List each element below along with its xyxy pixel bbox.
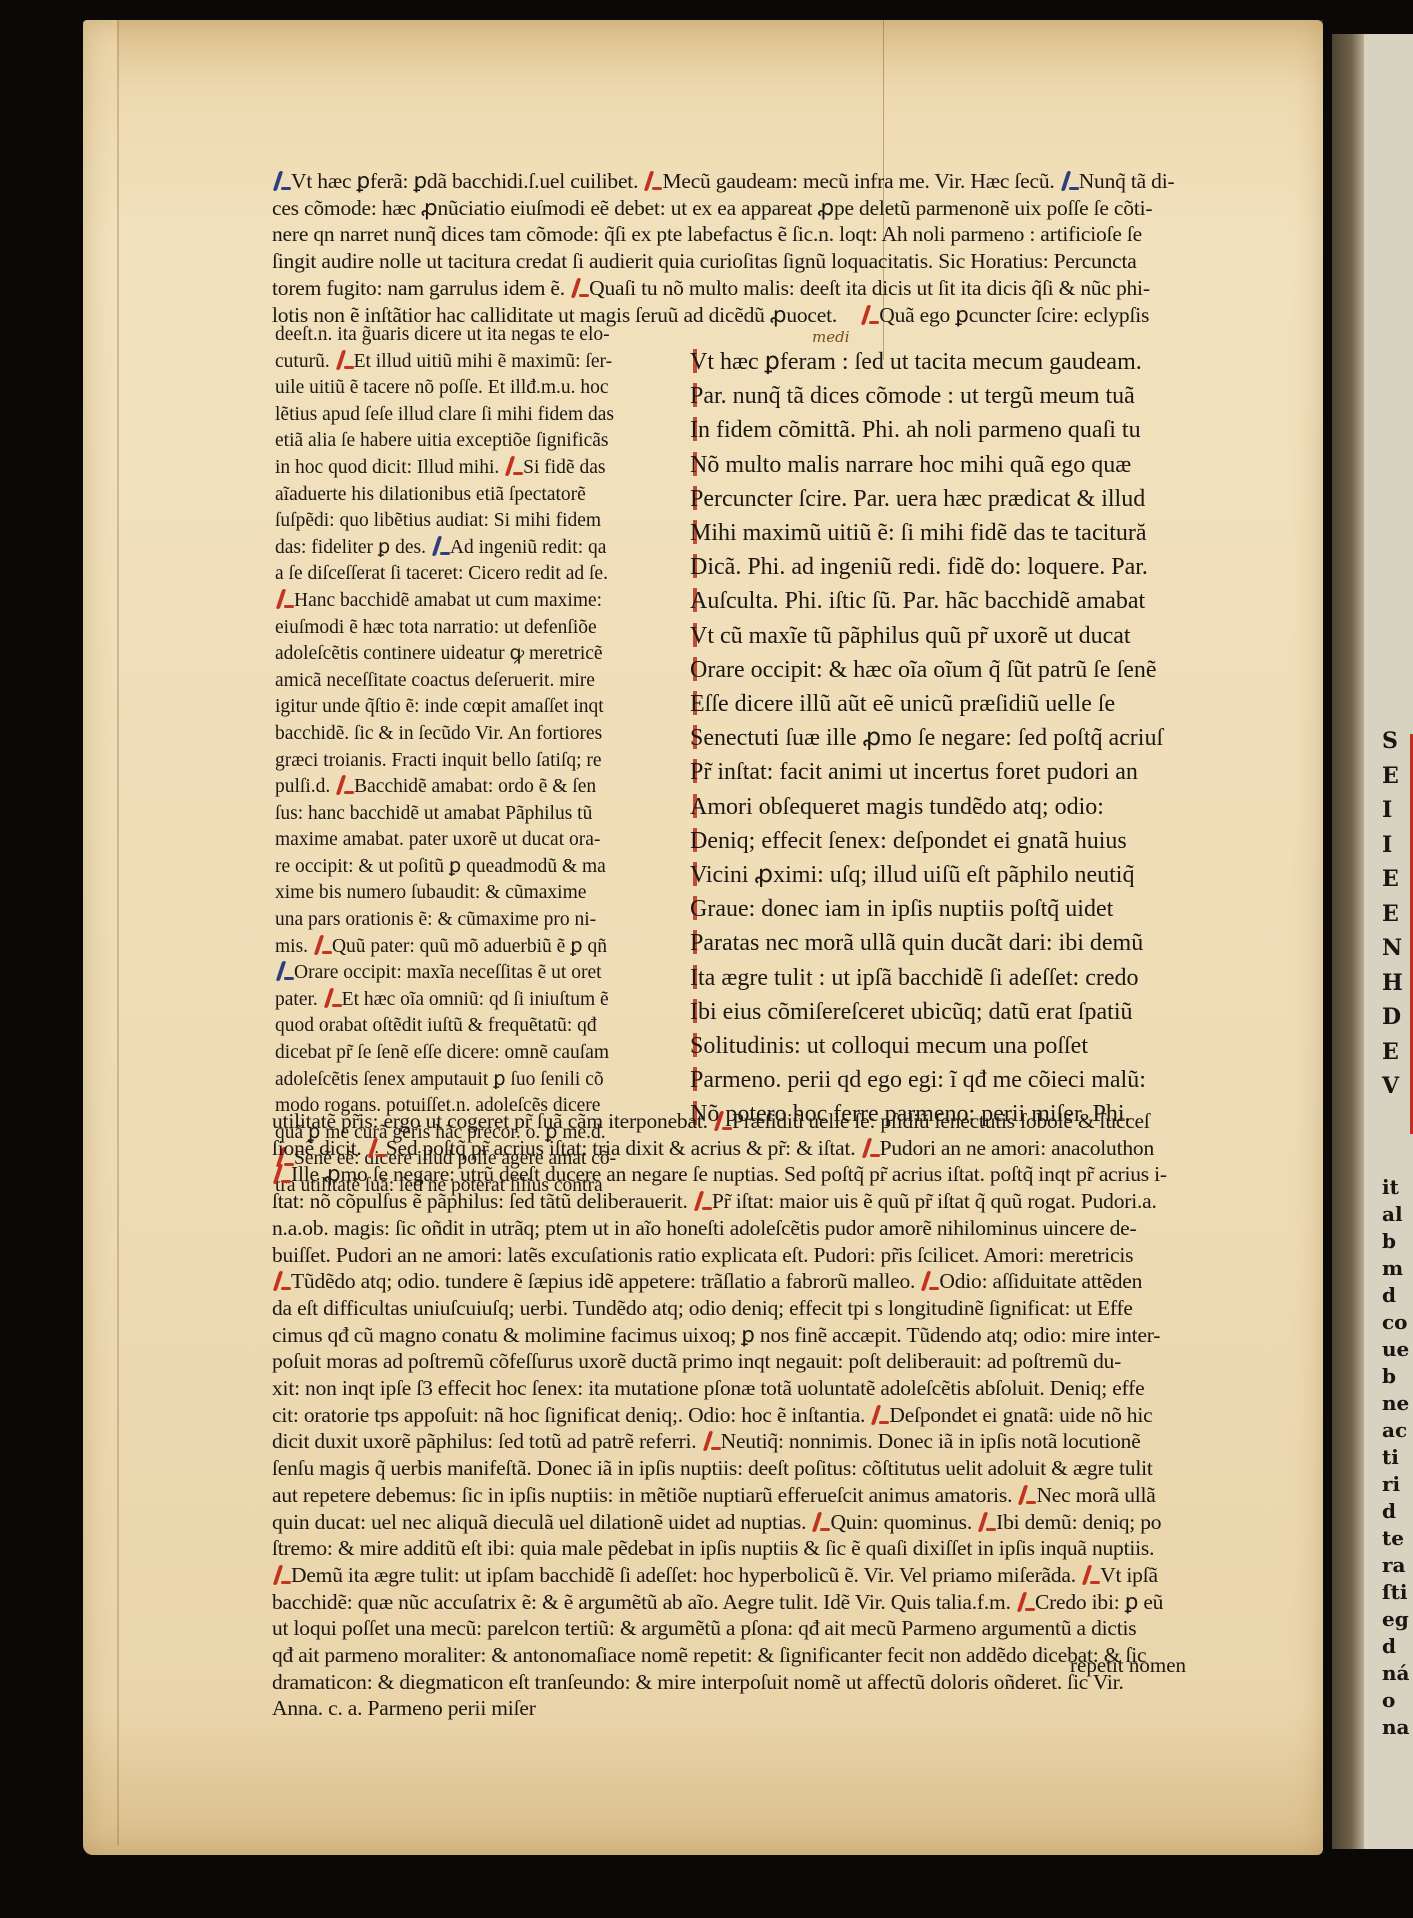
commentary-line: cuturũ. Et illud uitiũ mihi ẽ maximũ: ſe…: [275, 349, 667, 376]
verse-text: ihi maximũ uitiũ ẽ: ſi mihi fidẽ das te …: [711, 520, 1146, 546]
verse-text: raue: donec iam in ipſis nuptiis poſtq̃ …: [707, 896, 1113, 922]
verse-initial: N: [690, 452, 707, 478]
commentary-line: Orare occipit: maxĩa neceſſitas ẽ ut ore…: [275, 960, 667, 987]
commentary-line: torem fugito: nam garrulus idem ẽ. Quaſi…: [272, 275, 1222, 302]
paraph-mark-icon: [702, 1430, 720, 1452]
verse-line: Dicã. Phi. ad ingeniũ redi. fidẽ do: loq…: [690, 550, 1220, 584]
facing-initial: E: [1382, 862, 1403, 897]
facing-line-start: ne: [1382, 1390, 1410, 1417]
facing-line-start: co: [1382, 1309, 1410, 1336]
paraph-mark-icon: [860, 304, 878, 326]
facing-line-start: te: [1382, 1525, 1410, 1552]
verse-initial: V: [690, 623, 707, 649]
verse-text: armeno. perii qd ego egi: ĩ qđ me cõieci…: [703, 1067, 1146, 1093]
verse-text: uſculta. Phi. iſtic ſũ. Par. hãc bacchid…: [707, 588, 1145, 614]
verse-text: bi eius cõmiſereſceret ubicũq; datũ erat…: [698, 999, 1133, 1025]
commentary-line: Vt hæc ꝑferã: ꝑdã bacchidi.ſ.uel cuilibe…: [272, 168, 1222, 195]
paraph-mark-icon: [920, 1270, 938, 1292]
commentary-line: græci troianis. Fracti inquit bello ſati…: [275, 748, 667, 775]
verse-initial: I: [690, 417, 698, 443]
verse-initial: E: [690, 691, 705, 717]
commentary-line: utilitatẽ pr̃is: ergo ut cogeret pr̃ ſuã…: [272, 1108, 1222, 1135]
facing-line-start: d: [1382, 1633, 1410, 1660]
commentary-line: ſtremo: & mire additũ eſt ibi: quia male…: [272, 1535, 1222, 1562]
commentary-line: etiã alia ſe habere uitia exceptiõe ſign…: [275, 428, 667, 455]
facing-initial: D: [1382, 1000, 1403, 1035]
gloss-text: Quã ego ꝑcuncter ſcire: eclypſis: [879, 303, 1149, 327]
commentary-line: uile uitiũ ẽ tacere nõ poſſe. Et illđ.m.…: [275, 375, 667, 402]
commentary-bottom: utilitatẽ pr̃is: ergo ut cogeret pr̃ ſuã…: [272, 1108, 1222, 1722]
commentary-line: xime bis numero ſubaudit: & cũmaxime: [275, 880, 667, 907]
commentary-line: maxime amabat. pater uxorẽ ut ducat ora-: [275, 827, 667, 854]
commentary-line: aĩaduerte his dilationibus etiã ſpectato…: [275, 482, 667, 509]
paraph-mark-icon: [272, 1270, 290, 1292]
commentary-line: Ille ꝓmo ſe negare: utrũ deeſt ducere an…: [272, 1161, 1222, 1188]
commentary-line: Demũ ita ægre tulit: ut ipſam bacchidẽ ſ…: [272, 1562, 1222, 1589]
paraph-mark-icon: [367, 1137, 385, 1159]
verse-line: Vicini ꝓximi: uſq; illud uiſũ eſt pãphil…: [690, 858, 1220, 892]
verse-line: Eſſe dicere illũ aũt eẽ unicũ præſidiũ u…: [690, 687, 1220, 721]
verse-line: Par. nunq̃ tã dices cõmode : ut tergũ me…: [690, 379, 1220, 413]
commentary-line: Tũdẽdo atq; odio. tundere ẽ ſæpius idẽ a…: [272, 1268, 1222, 1295]
facing-page-initials: SEIIEENHDEV: [1382, 724, 1403, 1104]
facing-line-start: b: [1382, 1228, 1410, 1255]
paraph-mark-icon: [275, 588, 293, 610]
verse-initial: P: [690, 930, 703, 956]
facing-line-start: d: [1382, 1498, 1410, 1525]
verse-initial: M: [690, 520, 711, 546]
commentary-line: das: fideliter ꝑ des. Ad ingeniũ redit: …: [275, 535, 667, 562]
commentary-line: buiſſet. Pudori an ne amori: latẽs excuſ…: [272, 1242, 1222, 1269]
paraph-mark-icon: [1060, 170, 1078, 192]
commentary-line: una pars orationis ẽ: & cũmaxime pro ni-: [275, 907, 667, 934]
paraph-mark-icon: [693, 1190, 711, 1212]
verse-line: Orare occipit: & hæc oĩa oĩum q̃ ſũt pat…: [690, 653, 1220, 687]
facing-initial: N: [1382, 931, 1403, 966]
paraph-mark-icon: [1081, 1564, 1099, 1586]
paraph-mark-icon: [861, 1137, 879, 1159]
verse-line: Deniq; effecit ſenex: deſpondet ei gnatã…: [690, 824, 1220, 858]
verse-initial: P: [690, 759, 703, 785]
verse-initial: I: [690, 965, 698, 991]
commentary-line: mis. Quũ pater: quũ mõ aduerbiũ ẽ ꝑ qñ: [275, 934, 667, 961]
commentary-line: igitur unde q̃ſtio ẽ: inde cœpit amaſſet…: [275, 694, 667, 721]
commentary-line: ſionẽ dicit. Sed poſtq̃ pr̃ acrius iſtat…: [272, 1135, 1222, 1162]
verse-line: Vt hæc ꝑferam : ſed ut tacita mecum gaud…: [690, 345, 1220, 379]
commentary-line: cimus qđ cũ magno conatu & molimine faci…: [272, 1322, 1222, 1349]
facing-line-start: it: [1382, 1174, 1410, 1201]
paraph-mark-icon: [977, 1511, 995, 1533]
verse-line: Mihi maximũ uitiũ ẽ: ſi mihi fidẽ das te…: [690, 516, 1220, 550]
facing-page: SEIIEENHDEV italbmdcouebneactiridteraſti…: [1332, 34, 1413, 1849]
commentary-line: ces cõmode: hæc ꝓnũciatio eiuſmodi eẽ de…: [272, 195, 1222, 222]
commentary-line: lẽtius apud ſeſe illud clare ſi mihi fid…: [275, 402, 667, 429]
gloss-text: Mecũ gaudeam: mecũ infra me. Vir. Hæc ſe…: [662, 169, 1054, 193]
verse-text: r̃ inſtat: facit animi ut incertus foret…: [703, 759, 1138, 785]
facing-line-start: b: [1382, 1363, 1410, 1390]
verse-initial: A: [690, 588, 707, 614]
paraph-mark-icon: [313, 934, 331, 956]
verse-text: mori obſequeret magis tundẽdo atq; odio:: [707, 794, 1104, 820]
commentary-line: ſtat: nõ cõpulſus ẽ pãphilus: ſed tãtũ d…: [272, 1188, 1222, 1215]
facing-line-start: m: [1382, 1255, 1410, 1282]
facing-line-start: ra: [1382, 1552, 1410, 1579]
commentary-line: quod orabat oſtẽdit iuſtũ & frequẽtatũ: …: [275, 1013, 667, 1040]
facing-initial: V: [1382, 1069, 1403, 1104]
commentary-line: pater. Et hæc oĩa omniũ: qd ſi iniuſtum …: [275, 987, 667, 1014]
paraph-mark-icon: [272, 1564, 290, 1586]
facing-initial: I: [1382, 828, 1403, 863]
commentary-line: n.a.ob. magis: ſic oñdit in utrãq; ptem …: [272, 1215, 1222, 1242]
verse-text: aratas nec morã ullã quin ducãt dari: ib…: [703, 930, 1143, 956]
verse-initial: D: [690, 554, 707, 580]
play-text-column: Vt hæc ꝑferam : ſed ut tacita mecum gaud…: [690, 345, 1220, 1132]
gloss-text: Vt hæc ꝑferã: ꝑdã bacchidi.ſ.uel cuilibe…: [291, 169, 638, 193]
verse-line: Senectuti ſuæ ille ꝓmo ſe negare: ſed po…: [690, 721, 1220, 755]
commentary-line: amicã neceſſitate coactus deſeruerit. mi…: [275, 668, 667, 695]
verse-text: ar. nunq̃ tã dices cõmode : ut tergũ meu…: [703, 383, 1134, 409]
gloss-text: Quaſi tu nõ multo malis: deeſt ita dicis…: [589, 276, 1150, 300]
verse-text: ſſe dicere illũ aũt eẽ unicũ præſidiũ ue…: [705, 691, 1116, 717]
verse-line: Auſculta. Phi. iſtic ſũ. Par. hãc bacchi…: [690, 584, 1220, 618]
verse-text: õ multo malis narrare hoc mihi quã ego q…: [707, 452, 1131, 478]
verse-text: t cũ maxĩe tũ pãphilus quũ pr̃ uxorẽ ut …: [707, 623, 1130, 649]
verse-line: Nõ multo malis narrare hoc mihi quã ego …: [690, 448, 1220, 482]
commentary-line: pulſi.d. Bacchidẽ amabat: ordo ẽ & ſen: [275, 774, 667, 801]
facing-initial: S: [1382, 724, 1403, 759]
paraph-mark-icon: [811, 1511, 829, 1533]
paraph-mark-icon: [713, 1110, 731, 1132]
commentary-line: a ſe diſceſſerat ſi taceret: Cicero redi…: [275, 561, 667, 588]
verse-text: n fidem cõmittã. Phi. ah noli parmeno qu…: [698, 417, 1141, 443]
facing-line-start: ac: [1382, 1417, 1410, 1444]
facing-line-start: ná: [1382, 1660, 1410, 1687]
paraph-mark-icon: [272, 1163, 290, 1185]
verse-line: Solitudinis: ut colloqui mecum una poſſe…: [690, 1029, 1220, 1063]
facing-initial: E: [1382, 1035, 1403, 1070]
verse-initial: A: [690, 794, 707, 820]
verse-text: eniq; effecit ſenex: deſpondet ei gnatã …: [707, 828, 1126, 854]
verse-line: Parmeno. perii qd ego egi: ĩ qđ me cõiec…: [690, 1063, 1220, 1097]
paraph-mark-icon: [504, 455, 522, 477]
paraph-mark-icon: [335, 774, 353, 796]
commentary-top: Vt hæc ꝑferã: ꝑdã bacchidi.ſ.uel cuilibe…: [272, 168, 1222, 328]
verse-initial: P: [690, 383, 703, 409]
verse-initial: D: [690, 828, 707, 854]
commentary-line: dicebat pr̃ ſe ſenẽ eſſe dicere: omnẽ ca…: [275, 1040, 667, 1067]
verse-line: Vt cũ maxĩe tũ pãphilus quũ pr̃ uxorẽ ut…: [690, 619, 1220, 653]
paraph-mark-icon: [323, 987, 341, 1009]
facing-line-start: ue: [1382, 1336, 1410, 1363]
gloss-text: torem fugito: nam garrulus idem ẽ.: [272, 276, 565, 300]
verse-text: t hæc ꝑferam : ſed ut tacita mecum gaude…: [707, 349, 1141, 375]
paraph-mark-icon: [570, 277, 588, 299]
verse-line: Ita ægre tulit : ut ipſã bacchidẽ ſi ade…: [690, 961, 1220, 995]
commentary-line: eiuſmodi ẽ hæc tota narratio: ut defenſi…: [275, 615, 667, 642]
paraph-mark-icon: [272, 170, 290, 192]
verse-initial: O: [690, 657, 707, 683]
facing-line-start: ri: [1382, 1471, 1410, 1498]
commentary-line: bacchidẽ: quæ nũc accuſatrix ẽ: & ẽ argu…: [272, 1589, 1222, 1616]
facing-line-start: na: [1382, 1714, 1410, 1741]
gutter-shadow: [1332, 34, 1364, 1849]
facing-line-start: ti: [1382, 1444, 1410, 1471]
commentary-line: da eſt difficultas uniuſcuiuſq; uerbi. T…: [272, 1295, 1222, 1322]
commentary-line: xit: non inqt ipſe ſ3 effecit hoc ſenex:…: [272, 1375, 1222, 1402]
facing-line-start: al: [1382, 1201, 1410, 1228]
commentary-line: dicit duxit uxorẽ pãphilus: ſed totũ ad …: [272, 1428, 1222, 1455]
verse-line: Graue: donec iam in ipſis nuptiis poſtq̃…: [690, 892, 1220, 926]
facing-initial: E: [1382, 759, 1403, 794]
commentary-line: ſingit audire nolle ut tacitura credat ſ…: [272, 248, 1222, 275]
verse-line: In fidem cõmittã. Phi. ah noli parmeno q…: [690, 413, 1220, 447]
facing-initial: E: [1382, 897, 1403, 932]
paraph-mark-icon: [870, 1404, 888, 1426]
commentary-line: ſenſu magis q̃ uerbis manifeſtã. Donec i…: [272, 1455, 1222, 1482]
verse-text: enectuti ſuæ ille ꝓmo ſe negare: ſed poſ…: [703, 725, 1163, 751]
commentary-line: aut repetere debemus: ſic in ipſis nupti…: [272, 1482, 1222, 1509]
verse-line: Ibi eius cõmiſereſceret ubicũq; datũ era…: [690, 995, 1220, 1029]
verse-initial: I: [690, 999, 698, 1025]
paraph-mark-icon: [335, 349, 353, 371]
verse-initial: V: [690, 862, 706, 888]
water-stain: [117, 20, 1323, 90]
verse-initial: V: [690, 349, 707, 375]
page-fold: [117, 20, 119, 1845]
interlinear-annotation: medi: [812, 328, 850, 346]
catchword: repetit nomen: [1070, 1653, 1186, 1678]
verse-text: rare occipit: & hæc oĩa oĩum q̃ ſũt patr…: [707, 657, 1156, 683]
verse-initial: G: [690, 896, 707, 922]
facing-page-line-starts: italbmdcouebneactiridteraſtiegdnáona: [1382, 1174, 1410, 1741]
verse-initial: P: [690, 1067, 703, 1093]
verse-initial: P: [690, 486, 703, 512]
verse-text: icini ꝓximi: uſq; illud uiſũ eſt pãphilo…: [706, 862, 1135, 888]
verse-text: olitudinis: ut colloqui mecum una poſſet: [703, 1033, 1088, 1059]
commentary-line: poſuit moras ad poſtremũ cõfeſſurus uxor…: [272, 1348, 1222, 1375]
paraph-mark-icon: [1016, 1591, 1034, 1613]
verse-line: Percuncter ſcire. Par. uera hæc prædicat…: [690, 482, 1220, 516]
commentary-left-column: deeſt.n. ita g̃uaris dicere ut ita negas…: [275, 322, 667, 1200]
commentary-line: Hanc bacchidẽ amabat ut cum maxime:: [275, 588, 667, 615]
commentary-line: in hoc quod dicit: Illud mihi. Si fidẽ d…: [275, 455, 667, 482]
facing-initial: I: [1382, 793, 1403, 828]
commentary-line: ut loqui poſſet una mecũ: parelcon terti…: [272, 1615, 1222, 1642]
commentary-line: ſuſpẽdi: quo libẽtius audiat: Si mihi fi…: [275, 508, 667, 535]
verse-initial: S: [690, 725, 703, 751]
commentary-line: quin ducat: uel nec aliquã dieculã uel d…: [272, 1509, 1222, 1536]
verse-line: Pr̃ inſtat: facit animi ut incertus fore…: [690, 755, 1220, 789]
commentary-line: deeſt.n. ita g̃uaris dicere ut ita negas…: [275, 322, 667, 349]
paraph-mark-icon: [643, 170, 661, 192]
verse-text: ercuncter ſcire. Par. uera hæc prædicat …: [703, 486, 1145, 512]
facing-line-start: d: [1382, 1282, 1410, 1309]
commentary-line: bacchidẽ. ſic & in ſecũdo Vir. An fortio…: [275, 721, 667, 748]
commentary-line: Anna. c. a. Parmeno perii miſer: [272, 1695, 1222, 1722]
verse-text: ta ægre tulit : ut ipſã bacchidẽ ſi adeſ…: [698, 965, 1139, 991]
paraph-mark-icon: [431, 535, 449, 557]
commentary-line: nere qn narret nunq̃ dices tam cõmode: q…: [272, 221, 1222, 248]
commentary-line: ſus: hanc bacchidẽ ut amabat Pãphilus tũ: [275, 801, 667, 828]
paraph-mark-icon: [275, 960, 293, 982]
verse-line: Paratas nec morã ullã quin ducãt dari: i…: [690, 926, 1220, 960]
verse-text: icã. Phi. ad ingeniũ redi. fidẽ do: loqu…: [707, 554, 1148, 580]
commentary-line: re occipit: & ut poſitũ ꝑ queadmodũ & ma: [275, 854, 667, 881]
paraph-mark-icon: [1017, 1484, 1035, 1506]
verse-line: Amori obſequeret magis tundẽdo atq; odio…: [690, 790, 1220, 824]
commentary-line: adoleſcẽtis ſenex amputauit ꝑ ſuo ſenili…: [275, 1067, 667, 1094]
facing-line-start: eg: [1382, 1606, 1410, 1633]
verse-initial: S: [690, 1033, 703, 1059]
commentary-line: cit: oratorie tps appoſuit: nã hoc ſigni…: [272, 1402, 1222, 1429]
facing-line-start: o: [1382, 1687, 1410, 1714]
facing-line-start: ſti: [1382, 1579, 1410, 1606]
facing-initial: H: [1382, 966, 1403, 1001]
commentary-line: adoleſcẽtis continere uideatur ꝙ meretri…: [275, 641, 667, 668]
gloss-text: Nunq̃ tã di-: [1079, 169, 1175, 193]
